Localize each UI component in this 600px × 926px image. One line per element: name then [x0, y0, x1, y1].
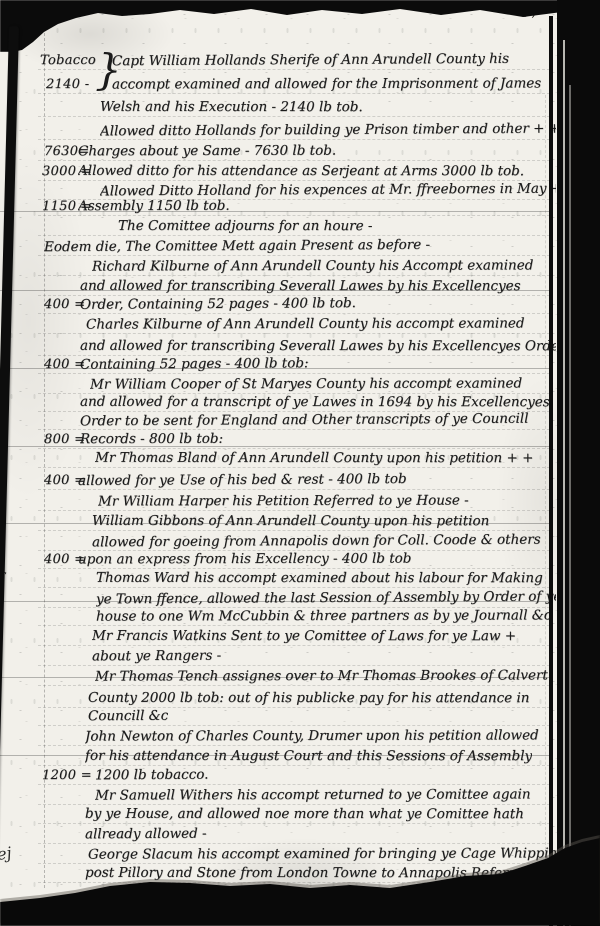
manuscript-line: Mr Francis Watkins Sent to ye Comittee o… [92, 628, 516, 645]
manuscript-line: for his attendance in August Court and t… [85, 748, 532, 765]
manuscript-line: Order, Containing 52 pages - 400 lb tob. [80, 295, 356, 314]
manuscript-line: allowed for ye Use of his bed & rest - 4… [78, 471, 407, 490]
manuscript-line: and allowed for transcribing Severall La… [80, 338, 556, 355]
manuscript-line: allowed for goeing from Annapolis down f… [92, 532, 541, 552]
manuscript-line: William Gibbons of Ann Arundell County u… [92, 513, 489, 530]
manuscript-line: Capt William Hollands Sherife of Ann Aru… [112, 51, 509, 70]
manuscript-line: house to one Wm McCubbin & three partner… [96, 607, 556, 625]
manuscript-line: by ye House, and allowed noe more than w… [85, 806, 524, 823]
manuscript-line: and allowed for a transcript of ye Lawes… [80, 394, 550, 411]
manuscript-line: Order to be sent for England and Other t… [80, 411, 529, 431]
manuscript-line: Mr Thomas Tench assignes over to Mr Thom… [95, 667, 548, 685]
manuscript-line: Richard Kilburne of Ann Arundell County … [92, 257, 533, 275]
manuscript-line: George Slacum his accompt examined for b… [88, 845, 556, 863]
page-edge-line-right [549, 16, 553, 926]
manuscript-line: Mr Samuell Withers his accompt returned … [95, 786, 531, 804]
manuscript-line: Assembly 1150 lb tob. [78, 198, 230, 215]
page-edge-streak [569, 85, 571, 926]
manuscript-line: The Comittee adjourns for an houre - [118, 218, 372, 235]
manuscript-line: Mr Thomas Bland of Ann Arundell County u… [95, 450, 533, 467]
manuscript-line: and allowed for transcribing Severall La… [80, 278, 521, 295]
manuscript-line: allready allowed - [85, 826, 207, 844]
manuscript-line: Containing 52 pages - 400 lb tob: [80, 355, 309, 373]
manuscript-line: Thomas Ward his accompt examined about h… [96, 570, 543, 587]
manuscript-text-layer: TobaccoCapt William Hollands Sherife of … [0, 0, 600, 926]
margin-amount: 1200 = [42, 767, 92, 784]
margin-brace: } [95, 47, 122, 93]
manuscript-line: Mr William Harper his Petition Referred … [98, 493, 469, 511]
manuscript-line: accompt examined and allowed for the Imp… [112, 75, 541, 93]
scan-edge-right [557, 0, 600, 926]
manuscript-line: Charges about ye Same - 7630 lb tob. [78, 143, 336, 161]
manuscript-line: County 2000 lb tob: out of his publicke … [88, 690, 529, 707]
page-edge-streak [563, 40, 565, 926]
manuscript-line: Allowed ditto for his attendance as Serj… [78, 163, 524, 180]
manuscript-line: about ye Rangers - [92, 648, 221, 666]
page-scan: TobaccoCapt William Hollands Sherife of … [0, 0, 600, 926]
manuscript-line: Records - 800 lb tob: [80, 431, 223, 448]
manuscript-line: upon an express from his Excellency - 40… [78, 551, 411, 569]
manuscript-line: Mr William Cooper of St Maryes County hi… [90, 375, 522, 393]
manuscript-line: Councill &c [88, 708, 168, 725]
manuscript-line: Allowed ditto Hollands for building ye P… [100, 121, 556, 141]
margin-amount: Tobacco [40, 52, 96, 69]
manuscript-line: ye Town ffence, allowed the last Session… [96, 589, 556, 609]
manuscript-line: Welsh and his Execution - 2140 lb tob. [100, 99, 363, 116]
margin-amount: 2140 - [46, 76, 89, 93]
manuscript-line: John Newton of Charles County, Drumer up… [85, 727, 539, 745]
manuscript-line: Charles Kilburne of Ann Arundell County … [86, 315, 525, 333]
manuscript-line: 1200 lb tobacco. [95, 767, 209, 785]
manuscript-line: Eodem die, The Comittee Mett again Prese… [44, 237, 430, 256]
